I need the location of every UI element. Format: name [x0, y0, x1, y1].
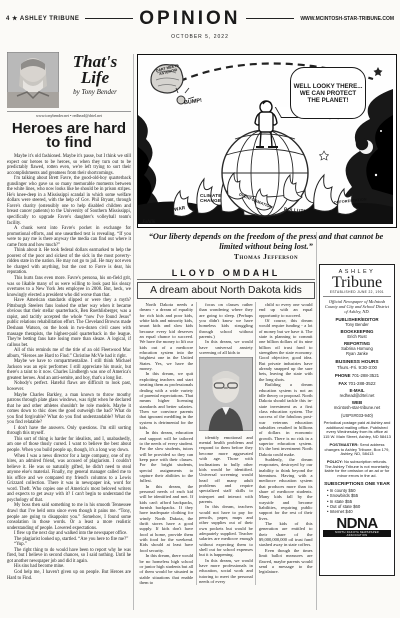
article-paragraph: I'm talking about Brett Favre, the good-… [7, 176, 131, 226]
newspaper-opinion-page: 4 ★ ASHLEY TRIBUNE OPINION WWW.MCINTOSH-… [0, 0, 400, 618]
fax-label: FAX [338, 381, 347, 386]
article-body: Maybe it's old fashioned. Maybe it's pas… [7, 154, 131, 581]
omdahl-paragraph: In this dream, the personal needs of eac… [140, 484, 194, 553]
ndna-logo-bar: NORTH DAKOTA NEWSPAPER ASSOCIATION [323, 530, 391, 537]
postmaster-notice: POSTMASTER: Send address changes to Ashl… [323, 443, 391, 457]
article-paragraph: Nobody's perfect. Hateful flaws are diff… [7, 381, 131, 392]
omdahl-paragraph: In this dream, education and support wil… [140, 430, 194, 483]
subscriptions-header: SUBSCRIPTIONS ONE YEAR [323, 482, 391, 487]
phone-label: PHONE [335, 373, 351, 378]
web-address: mcintosh-star-tribune.net [323, 405, 391, 410]
policy-notice: POLICY: No subscription refunds. The Ash… [323, 460, 391, 479]
tony-bender-photo [7, 52, 59, 108]
phone-line: PHONE 701-288-3521 [323, 373, 391, 378]
omdahl-paragraph: In this dream, we would have more profes… [199, 558, 253, 585]
omdahl-col-2: focus on classes rather than wondering w… [196, 302, 256, 585]
lloyd-omdahl-photo [199, 357, 253, 431]
email-address: redhead@drtel.net [323, 393, 391, 398]
article-paragraph: Maybe it's old fashioned. Maybe it's pas… [7, 154, 131, 176]
article-paragraph: All of this reminds me of the title of a… [7, 348, 131, 359]
flame-label-climate-change: CLIMATE CHANGE [200, 193, 234, 203]
article-headline: Heroes are hard to find [7, 122, 131, 150]
subscription-rates: • In county $50 • Snowbirds $55 • In sta… [327, 488, 391, 514]
masthead-established: ESTABLISHED JUNE 22, 1901 [323, 290, 391, 297]
usps-number: (USPS#033-940) [323, 413, 391, 418]
article-paragraph: Maybe we have to compartmentalize. I sti… [7, 359, 131, 381]
article-paragraph: When I was a news director for a large c… [7, 454, 131, 504]
article-paragraph: I flew up the next day and walked into t… [7, 531, 131, 537]
phone-number: 701-288-3521 [352, 373, 379, 378]
page-header: 4 ★ ASHLEY TRIBUNE OPINION WWW.MCINTOSH-… [6, 10, 394, 44]
quote-text: “Our liberty depends on the freedom of t… [137, 232, 395, 251]
article-paragraph: This sort of thing is harder for idealis… [7, 437, 131, 454]
issue-date: OCTOBER 5, 2022 [6, 34, 394, 40]
ndna-logo: NDNA NORTH DAKOTA NEWSPAPER ASSOCIATION [323, 517, 391, 537]
bookkeeper-name: Erich Rust [323, 334, 391, 339]
subscription-rate: • Internet $40 [327, 509, 391, 514]
article-paragraph: This hurts fans even more. Favre's perso… [7, 276, 131, 298]
omdahl-column: LLOYD OMDAHL A dream about North Dakota … [137, 268, 315, 618]
omdahl-paragraph: In this dream, we would have universal a… [199, 339, 253, 355]
article-paragraph: I don't have the answers. Only questions… [7, 426, 131, 437]
omdahl-paragraph: identify emotional and mental health pro… [199, 435, 253, 504]
quote-attribution: Thomas Jefferson [137, 252, 395, 261]
section-title: OPINION [139, 10, 240, 27]
omdahl-paragraph: In this dream, teachers would not have t… [199, 504, 253, 557]
author-contact: www.tonybender.net • redhead@drtel.net [7, 111, 131, 118]
paper-name: ASHLEY TRIBUNE [20, 16, 80, 22]
omdahl-paragraph: Even though the times limit ballot measu… [259, 548, 313, 575]
omdahl-paragraph: Suddenly, the dream evaporates, destroye… [259, 457, 313, 521]
speech-bubble: WELL LOOKY THERE... WE CAN PROTECT THE P… [290, 67, 366, 119]
omdahl-headline: A dream about North Dakota kids [137, 282, 315, 299]
omdahl-paragraph: North Dakota needs a dream - a dream of … [140, 302, 194, 371]
article-paragraph: Think about it. He took federal dollars … [7, 248, 131, 276]
omdahl-paragraph: child so every one would end up with an … [259, 302, 313, 318]
article-paragraph: The right thing to do would have been to… [7, 548, 131, 565]
omdahl-paragraph: Of course, this dream would require fund… [259, 318, 313, 382]
column-rule [316, 232, 317, 610]
website-url: WWW.MCINTOSH-STAR-TRIBUNE.COM [300, 16, 394, 22]
page-number: 4 [6, 16, 10, 22]
official-newspaper-note: Official Newspaper of McIntosh County an… [323, 299, 391, 314]
fax-line: FAX 701-288-3522 [323, 381, 391, 386]
publisher-name: Tony Bender [323, 322, 391, 327]
header-rule-right [246, 18, 294, 19]
article-paragraph: My boss then said something to me in his… [7, 503, 131, 531]
column-byline: by Tony Bender [59, 88, 131, 96]
cartoonist-signature: Johlik [142, 219, 155, 225]
editorial-cartoon: WELL LOOKY THERE... WE CAN PROTECT THE P… [137, 54, 397, 228]
column-title: That's Life [59, 54, 131, 86]
omdahl-col-3: child so every one would end up with an … [255, 302, 315, 585]
masthead-box: ASHLEY Tribune ESTABLISHED JUNE 22, 1901… [319, 264, 395, 576]
star-icon: ★ [12, 16, 18, 22]
column-rule [133, 54, 134, 610]
article-paragraph: Maybe Charles Barkley, a man known to th… [7, 393, 131, 426]
omdahl-paragraph: In this dream, we quit exploiting teache… [140, 371, 194, 430]
ndna-logo-text: NDNA [323, 517, 391, 530]
article-paragraph: A chunk went into Favre's pocket in exch… [7, 226, 131, 248]
press-freedom-quote: “Our liberty depends on the freedom of t… [137, 232, 395, 261]
omdahl-paragraph: In this dream, there would be no homeles… [140, 553, 194, 585]
folio-left: 4 ★ ASHLEY TRIBUNE [6, 15, 79, 22]
omdahl-paragraph: focus on classes rather than wondering w… [199, 302, 253, 339]
periodical-notice: Periodical postage paid at Ashley and ad… [323, 421, 391, 440]
omdahl-paragraph: Building a dream education system is not… [259, 382, 313, 457]
article-paragraph: God help me, I haven't given up on peopl… [7, 570, 131, 581]
masthead-tribune: Tribune [323, 275, 391, 290]
columnist-name: LLOYD OMDAHL [137, 268, 315, 280]
reporter-name: Ryan Janke [323, 351, 391, 356]
thats-life-column: That's Life by Tony Bender www.tonybende… [7, 52, 131, 612]
fax-number: 701-288-3522 [348, 381, 375, 386]
omdahl-col-1: North Dakota needs a dream - a dream of … [137, 302, 196, 585]
header-rule-left [85, 18, 133, 19]
business-hours: Thurs.-Fri. 9:30-3:00 [323, 365, 391, 370]
omdahl-paragraph: The kids of this generation are entitled… [259, 521, 313, 548]
article-paragraph: Have American standards slipped or were … [7, 298, 131, 348]
